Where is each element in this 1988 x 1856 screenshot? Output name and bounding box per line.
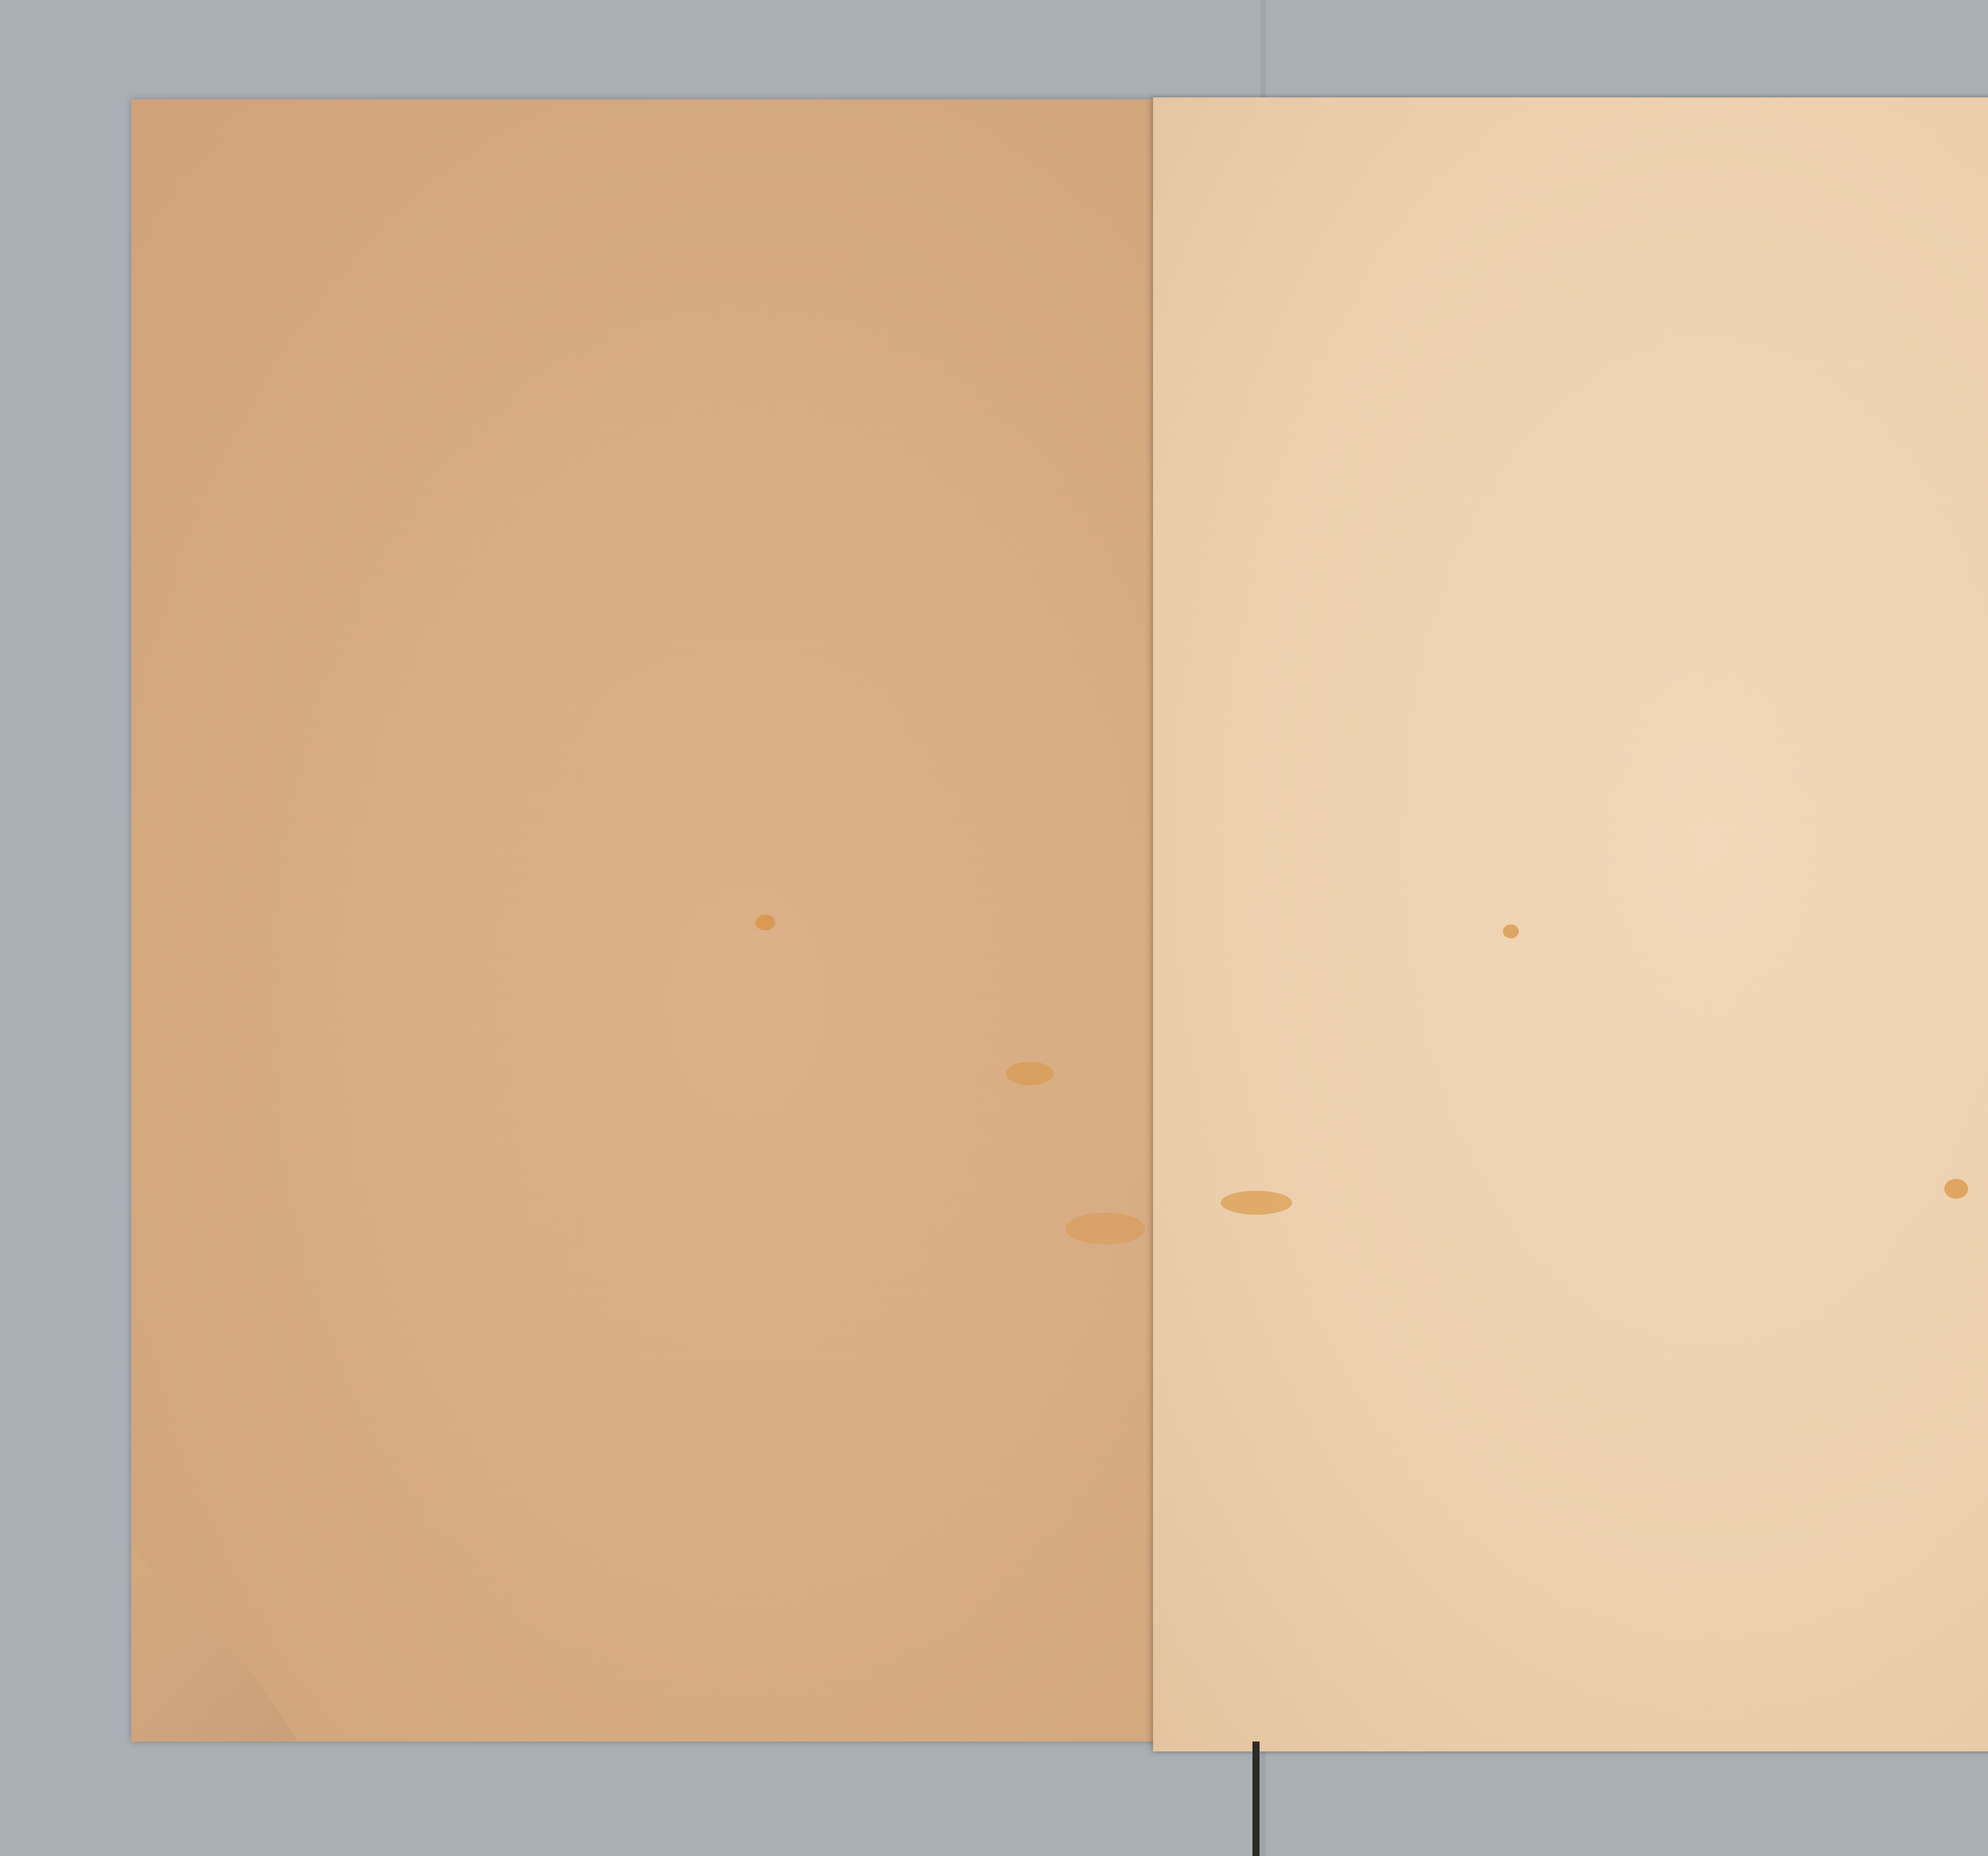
foxing-spot [1221, 1191, 1292, 1215]
foxing-spot [1944, 1179, 1968, 1199]
foxing-spot [1066, 1213, 1145, 1244]
right-page [1153, 97, 1988, 1751]
left-page [131, 99, 1157, 1741]
torn-corner [131, 1495, 298, 1741]
bookmark-ribbon [1252, 1741, 1260, 1856]
foxing-spot [1503, 924, 1519, 938]
foxing-spot [1006, 1062, 1054, 1085]
foxing-spot [755, 914, 775, 930]
